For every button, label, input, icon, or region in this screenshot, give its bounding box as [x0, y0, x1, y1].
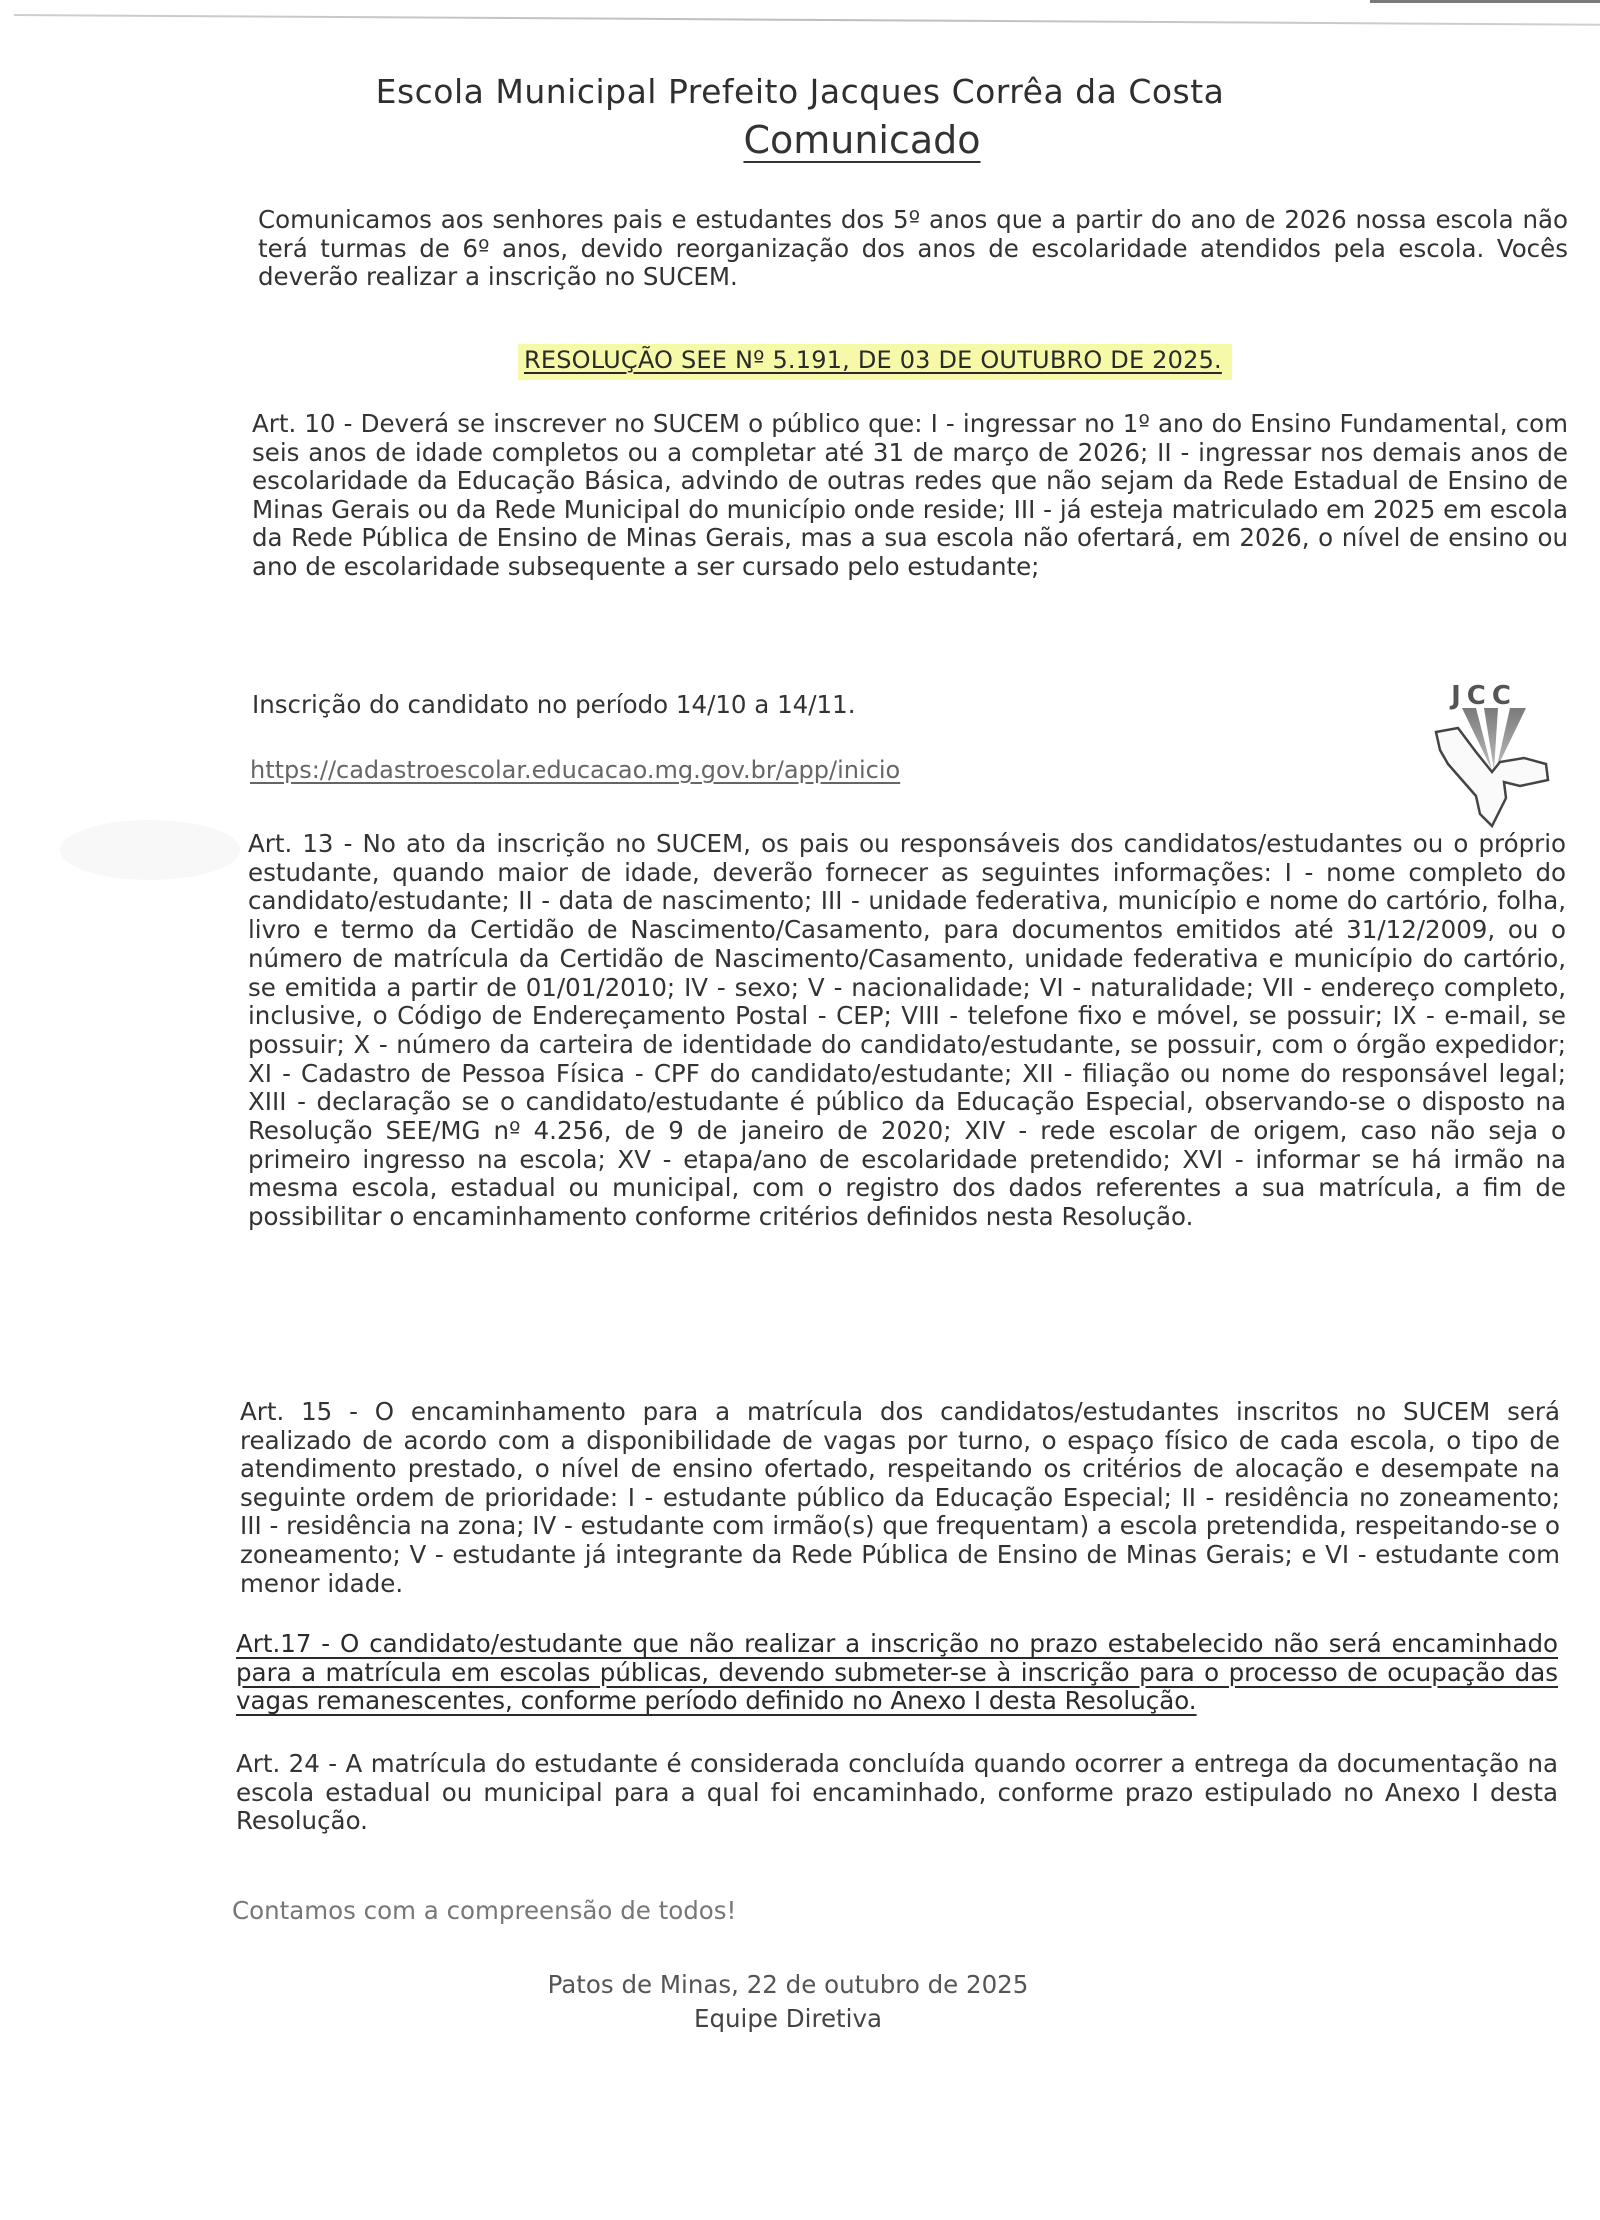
school-logo-map-icon: JCC: [1400, 670, 1560, 830]
place-date: Patos de Minas, 22 de outubro de 2025: [0, 1970, 1588, 1999]
article-17: Art.17 - O candidato/estudante que não r…: [236, 1630, 1558, 1716]
article-10: Art. 10 - Deverá se inscrever no SUCEM o…: [252, 410, 1568, 581]
school-name: Escola Municipal Prefeito Jacques Corrêa…: [0, 72, 1600, 111]
closing-message: Contamos com a compreensão de todos!: [232, 1896, 736, 1925]
scan-edge-mark: [1370, 0, 1600, 3]
scan-smudge: [60, 820, 240, 880]
document-page: Escola Municipal Prefeito Jacques Corrêa…: [0, 0, 1600, 2220]
signature: Equipe Diretiva: [0, 2004, 1588, 2033]
scan-edge-line: [14, 14, 1600, 26]
registration-period: Inscrição do candidato no período 14/10 …: [252, 690, 856, 719]
article-24: Art. 24 - A matrícula do estudante é con…: [236, 1750, 1558, 1836]
logo-graphic: JCC: [1400, 670, 1560, 830]
article-15: Art. 15 - O encaminhamento para a matríc…: [240, 1398, 1560, 1598]
resolution-heading: RESOLUÇÃO SEE Nº 5.191, DE 03 DE OUTUBRO…: [518, 344, 1232, 380]
article-13: Art. 13 - No ato da inscrição no SUCEM, …: [248, 830, 1566, 1232]
intro-paragraph: Comunicamos aos senhores pais e estudant…: [258, 206, 1568, 292]
svg-text:JCC: JCC: [1449, 681, 1517, 711]
registration-link[interactable]: https://cadastroescolar.educacao.mg.gov.…: [250, 756, 900, 784]
document-title: Comunicado: [62, 118, 1600, 162]
